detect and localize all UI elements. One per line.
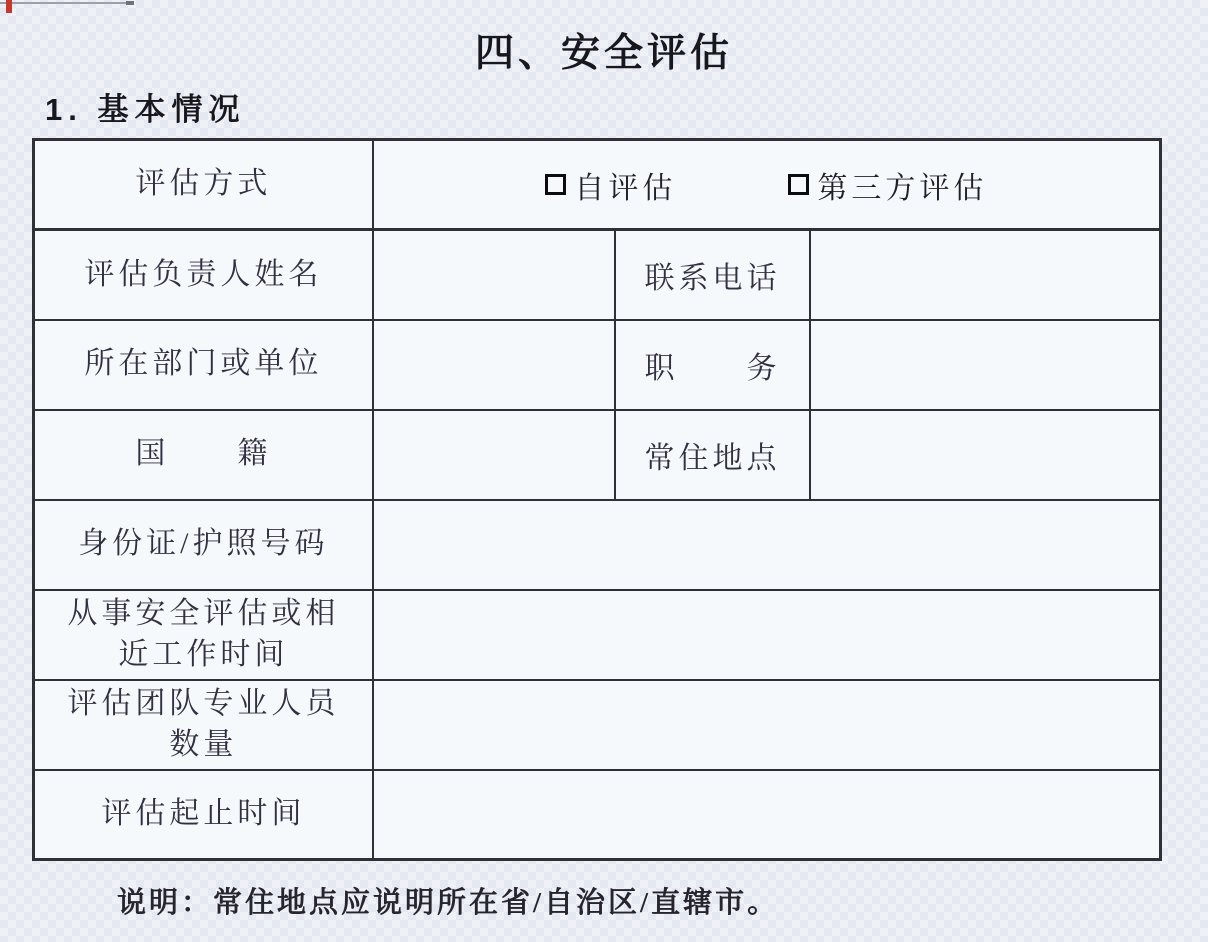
residence-label: 常住地点 [615,410,810,500]
row-leader-name: 评估负责人姓名 联系电话 [34,230,1161,320]
self-assessment-checkbox-icon[interactable] [545,174,566,195]
phone-label: 联系电话 [615,230,810,320]
work-experience-label: 从事安全评估或相近工作时间 [34,590,373,680]
assessment-period-field[interactable] [373,770,1161,860]
note-text: 说明：常住地点应说明所在省/自治区/直辖市。 [117,880,779,921]
third-party-assessment-label: 第三方评估 [817,163,987,207]
top-edge-line [0,2,134,4]
nationality-label: 国 籍 [34,410,373,500]
position-field[interactable] [810,320,1161,410]
third-party-checkbox-icon[interactable] [788,174,809,195]
section-heading: 1. 基本情况 [45,84,245,129]
assessment-method-options: 自评估 第三方评估 [373,140,1161,230]
top-edge-dot [126,1,134,5]
row-work-experience: 从事安全评估或相近工作时间 [34,590,1161,680]
id-number-field[interactable] [373,500,1161,590]
team-size-field[interactable] [373,680,1161,770]
team-size-label: 评估团队专业人员数量 [34,680,373,770]
row-department: 所在部门或单位 职 务 [34,320,1161,410]
self-assessment-option[interactable]: 自评估 [545,163,676,207]
id-number-label: 身份证/护照号码 [34,500,373,590]
position-label: 职 务 [615,320,810,410]
row-assessment-method: 评估方式 自评估 第三方评估 [34,140,1161,230]
page-title: 四、安全评估 [0,22,1208,78]
third-party-assessment-option[interactable]: 第三方评估 [788,163,987,207]
residence-field[interactable] [810,410,1161,500]
leader-name-label: 评估负责人姓名 [34,230,373,320]
row-team-size: 评估团队专业人员数量 [34,680,1161,770]
row-id-number: 身份证/护照号码 [34,500,1161,590]
assessment-method-label: 评估方式 [34,140,373,230]
department-field[interactable] [373,320,615,410]
row-assessment-period: 评估起止时间 [34,770,1161,860]
self-assessment-label: 自评估 [574,163,676,207]
nationality-field[interactable] [373,410,615,500]
basic-info-table: 评估方式 自评估 第三方评估 评估负责人姓名 联系电话 所在部门或单位 职 务 [32,138,1162,861]
assessment-period-label: 评估起止时间 [34,770,373,860]
red-margin-mark [6,0,12,13]
row-nationality: 国 籍 常住地点 [34,410,1161,500]
phone-field[interactable] [810,230,1161,320]
leader-name-field[interactable] [373,230,615,320]
work-experience-field[interactable] [373,590,1161,680]
department-label: 所在部门或单位 [34,320,373,410]
